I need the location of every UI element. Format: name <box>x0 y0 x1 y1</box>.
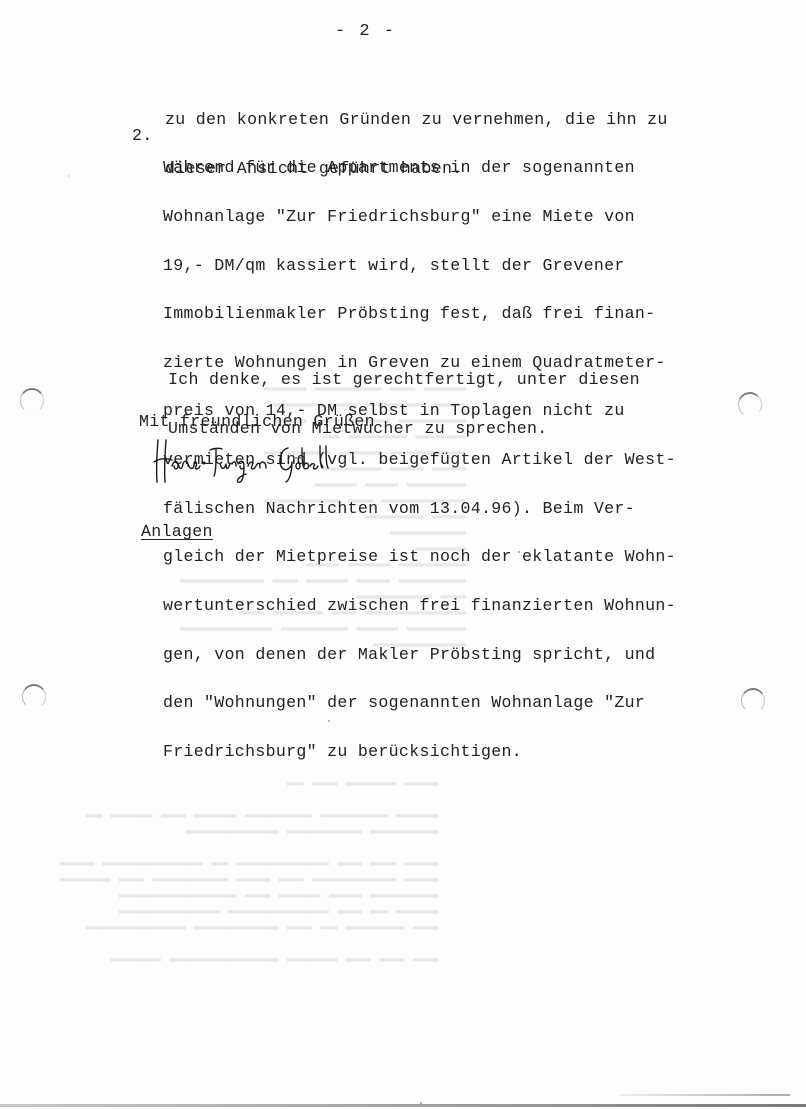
text-line: Friedrichsburg" zu berücksichtigen. <box>163 744 676 760</box>
text-line: gen, von denen der Makler Pröbsting spri… <box>163 647 676 663</box>
text-line: gleich der Mietpreise ist noch der eklat… <box>163 549 676 565</box>
scan-speck <box>68 175 70 177</box>
bleed-through-text-lower: ▬▬▬▬ ▬▬▬▬▬▬ ▬▬▬ ▬▬ ▬▬▬▬▬ ▬▬▬▬▬▬▬▬ ▬▬▬▬▬▬… <box>60 775 438 967</box>
scanned-letter-page: ▬▬▬▬▬ ▬▬▬ ▬▬▬▬▬▬▬▬ ▬▬▬▬▬ ▬▬▬▬ ▬▬▬▬▬▬▬ ▬▬… <box>0 0 806 1109</box>
list-item-number: 2. <box>132 128 153 144</box>
text-line: Immobilienmakler Pröbsting fest, daß fre… <box>163 306 676 322</box>
text-line: Ich denke, es ist gerechtfertigt, unter … <box>168 372 640 388</box>
scan-bottom-edge <box>0 1104 806 1107</box>
closing-salutation: Mit freundlichen Grüßen <box>139 414 375 430</box>
text-line: zu den konkreten Gründen zu vernehmen, d… <box>165 112 668 128</box>
text-line: wertunterschied zwischen frei finanziert… <box>163 598 676 614</box>
scan-speck <box>328 720 330 722</box>
punch-hole-left-upper <box>20 388 44 413</box>
attachments-label: Anlagen <box>141 524 213 540</box>
text-line: fälischen Nachrichten vom 13.04.96). Bei… <box>163 501 676 517</box>
page-number: - 2 - <box>335 22 396 41</box>
text-line: 19,- DM/qm kassiert wird, stellt der Gre… <box>163 258 676 274</box>
text-line: den "Wohnungen" der sogenannten Wohnanla… <box>163 695 676 711</box>
punch-hole-left-lower <box>22 684 46 709</box>
text-line: Wohnanlage "Zur Friedrichsburg" eine Mie… <box>163 209 676 225</box>
handwritten-signature: Hans-Jürgen Göbel <box>150 436 350 486</box>
text-line: Während für die Appartments in der sogen… <box>163 160 676 176</box>
scan-speck <box>518 551 520 553</box>
punch-hole-right-lower <box>741 688 765 713</box>
punch-hole-right-upper <box>736 390 764 419</box>
scan-edge-shadow <box>620 1094 790 1096</box>
